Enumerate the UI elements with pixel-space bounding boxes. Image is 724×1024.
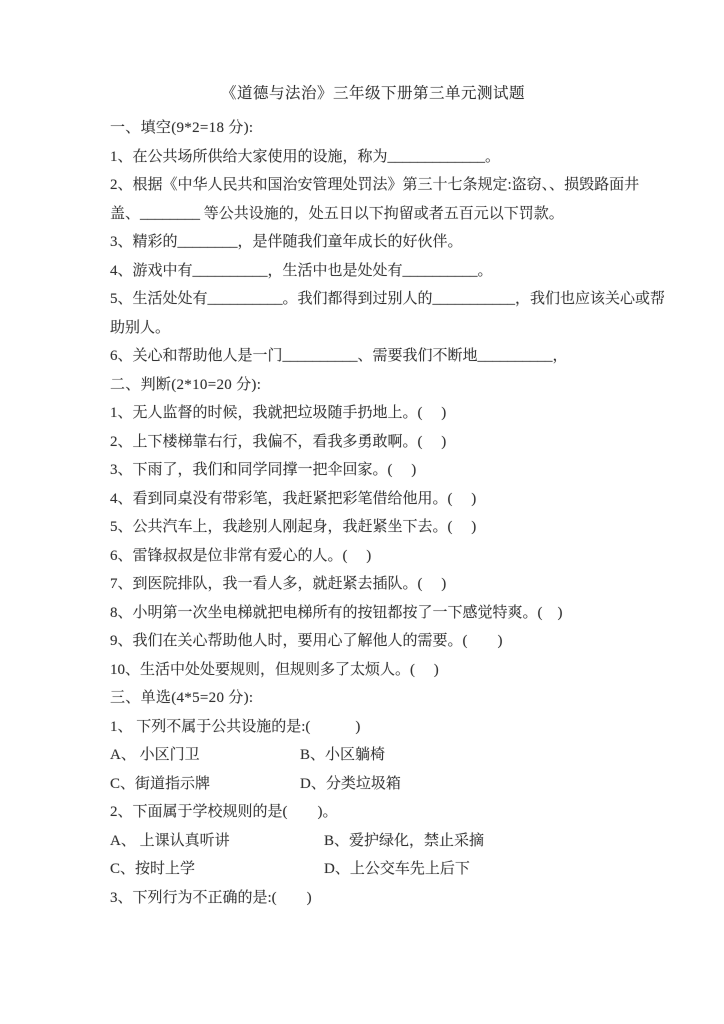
judge-question-7: 7、到医院排队，我一看人多，就赶紧去插队。( ) <box>110 570 636 599</box>
judge-question-9: 9、我们在关心帮助他人时，要用心了解他人的需要。( ) <box>110 627 636 656</box>
judge-question-3: 3、下雨了，我们和同学同撑一把伞回家。( ) <box>110 456 636 485</box>
judge-question-1: 1、无人监督的时候，我就把垃圾随手扔地上。( ) <box>110 399 636 428</box>
judge-question-2: 2、上下楼梯靠右行，我偏不，看我多勇敢啊。( ) <box>110 428 636 457</box>
document-page: 《道德与法治》三年级下册第三单元测试题 一、填空(9*2=18 分): 1、在公… <box>0 0 724 1024</box>
choice-option-c: C、街道指示牌 <box>110 770 300 799</box>
doc-title: 《道德与法治》三年级下册第三单元测试题 <box>110 80 636 108</box>
judge-question-6: 6、雷锋叔叔是位非常有爱心的人。( ) <box>110 542 636 571</box>
choice-option-c: C、按时上学 <box>110 855 324 884</box>
choice-question-2-options-row-2: C、按时上学 D、上公交车先上后下 <box>110 855 636 884</box>
choice-question-2-options-row-1: A、 上课认真听讲 B、爱护绿化，禁止采摘 <box>110 827 636 856</box>
fill-in-question-5: 5、生活处处有__________。我们都得到过别人的___________，我… <box>110 285 636 314</box>
choice-option-b: B、小区躺椅 <box>300 741 385 770</box>
section-choice-heading: 三、单选(4*5=20 分): <box>110 684 636 713</box>
choice-question-2: 2、下面属于学校规则的是( )。 <box>110 798 636 827</box>
choice-question-1-options-row-2: C、街道指示牌 D、分类垃圾箱 <box>110 770 636 799</box>
judge-question-8: 8、小明第一次坐电梯就把电梯所有的按钮都按了一下感觉特爽。( ) <box>110 599 636 628</box>
fill-in-question-2: 2、根据《中华人民共和国治安管理处罚法》第三十七条规定:盗窃、、损毁路面井 <box>110 171 636 200</box>
choice-question-3: 3、下列行为不正确的是:( ) <box>110 884 636 913</box>
judge-question-5: 5、公共汽车上，我趁别人刚起身，我赶紧坐下去。( ) <box>110 513 636 542</box>
fill-in-question-6: 6、关心和帮助他人是一门__________、需要我们不断地__________… <box>110 342 636 371</box>
fill-in-question-2-continued: 盖、________ 等公共设施的，处五日以下拘留或者五百元以下罚款。 <box>110 200 636 229</box>
judge-question-4: 4、看到同桌没有带彩笔，我赶紧把彩笔借给他用。( ) <box>110 485 636 514</box>
choice-question-1-options-row-1: A、 小区门卫 B、小区躺椅 <box>110 741 636 770</box>
fill-in-question-5-continued: 助别人。 <box>110 314 636 343</box>
choice-question-1: 1、 下列不属于公共设施的是:( ) <box>110 713 636 742</box>
choice-option-b: B、爱护绿化，禁止采摘 <box>324 827 484 856</box>
choice-option-a: A、 上课认真听讲 <box>110 827 324 856</box>
section-judge-heading: 二、判断(2*10=20 分): <box>110 371 636 400</box>
choice-option-a: A、 小区门卫 <box>110 741 300 770</box>
choice-option-d: D、上公交车先上后下 <box>324 855 470 884</box>
judge-question-10: 10、生活中处处要规则，但规则多了太烦人。( ) <box>110 656 636 685</box>
fill-in-question-3: 3、精彩的________，是伴随我们童年成长的好伙伴。 <box>110 228 636 257</box>
fill-in-question-4: 4、游戏中有__________，生活中也是处处有__________。 <box>110 257 636 286</box>
fill-in-question-1: 1、在公共场所供给大家使用的设施，称为_____________。 <box>110 143 636 172</box>
section-fill-in-heading: 一、填空(9*2=18 分): <box>110 114 636 143</box>
choice-option-d: D、分类垃圾箱 <box>300 770 401 799</box>
